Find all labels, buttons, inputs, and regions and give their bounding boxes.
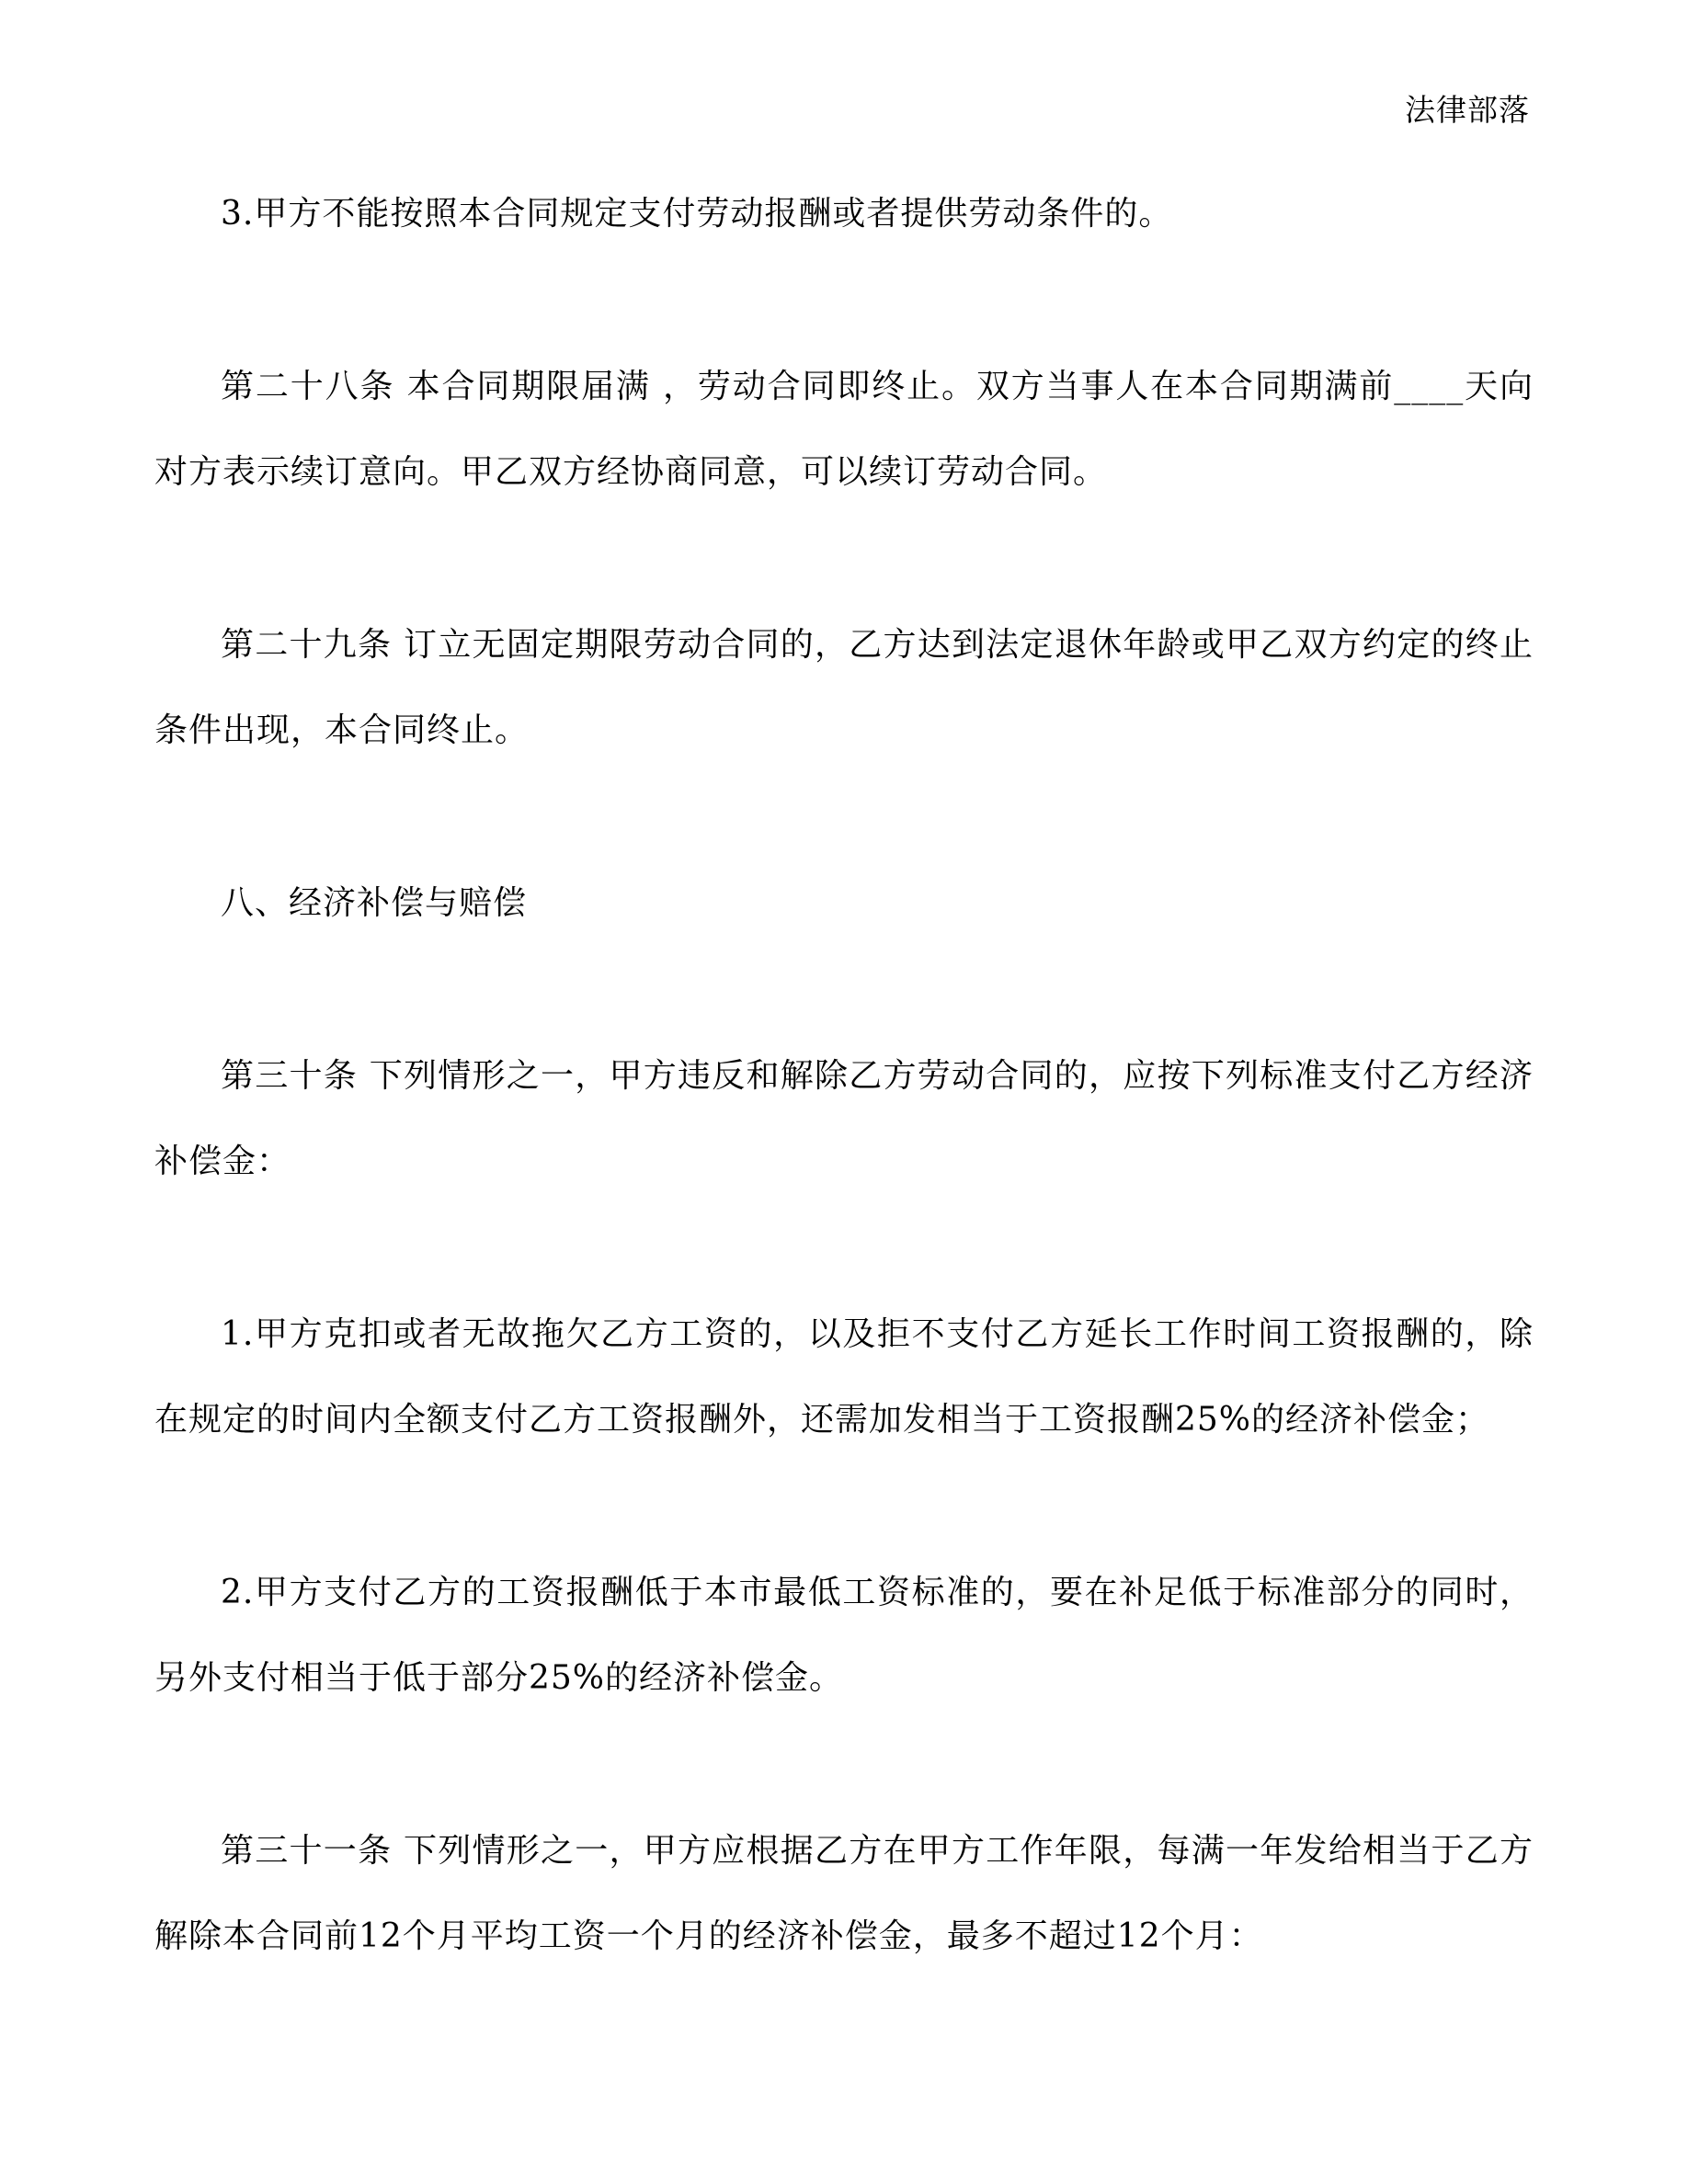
document-body: 3.甲方不能按照本合同规定支付劳动报酬或者提供劳动条件的。 第二十八条 本合同期… xyxy=(154,171,1534,1979)
clause-paragraph-article30-item2: 2.甲方支付乙方的工资报酬低于本市最低工资标准的，要在补足低于标准部分的同时，另… xyxy=(154,1550,1534,1721)
clause-paragraph-article31: 第三十一条 下列情形之一，甲方应根据乙方在甲方工作年限，每满一年发给相当于乙方解… xyxy=(154,1808,1534,1979)
clause-paragraph-item3: 3.甲方不能按照本合同规定支付劳动报酬或者提供劳动条件的。 xyxy=(154,171,1534,256)
page-header: 法律部落 xyxy=(0,0,1688,131)
section-heading-compensation: 八、经济补偿与赔偿 xyxy=(154,860,1534,946)
clause-paragraph-article30-item1: 1.甲方克扣或者无故拖欠乙方工资的，以及拒不支付乙方延长工作时间工资报酬的，除在… xyxy=(154,1291,1534,1462)
contract-page: 法律部落 3.甲方不能按照本合同规定支付劳动报酬或者提供劳动条件的。 第二十八条… xyxy=(0,0,1688,2184)
clause-paragraph-article28: 第二十八条 本合同期限届满 ，劳动合同即终止。双方当事人在本合同期满前____天… xyxy=(154,344,1534,515)
watermark-text: 法律部落 xyxy=(1405,92,1530,128)
clause-paragraph-article30: 第三十条 下列情形之一，甲方违反和解除乙方劳动合同的，应按下列标准支付乙方经济补… xyxy=(154,1033,1534,1204)
clause-paragraph-article29: 第二十九条 订立无固定期限劳动合同的，乙方达到法定退休年龄或甲乙双方约定的终止条… xyxy=(154,602,1534,773)
